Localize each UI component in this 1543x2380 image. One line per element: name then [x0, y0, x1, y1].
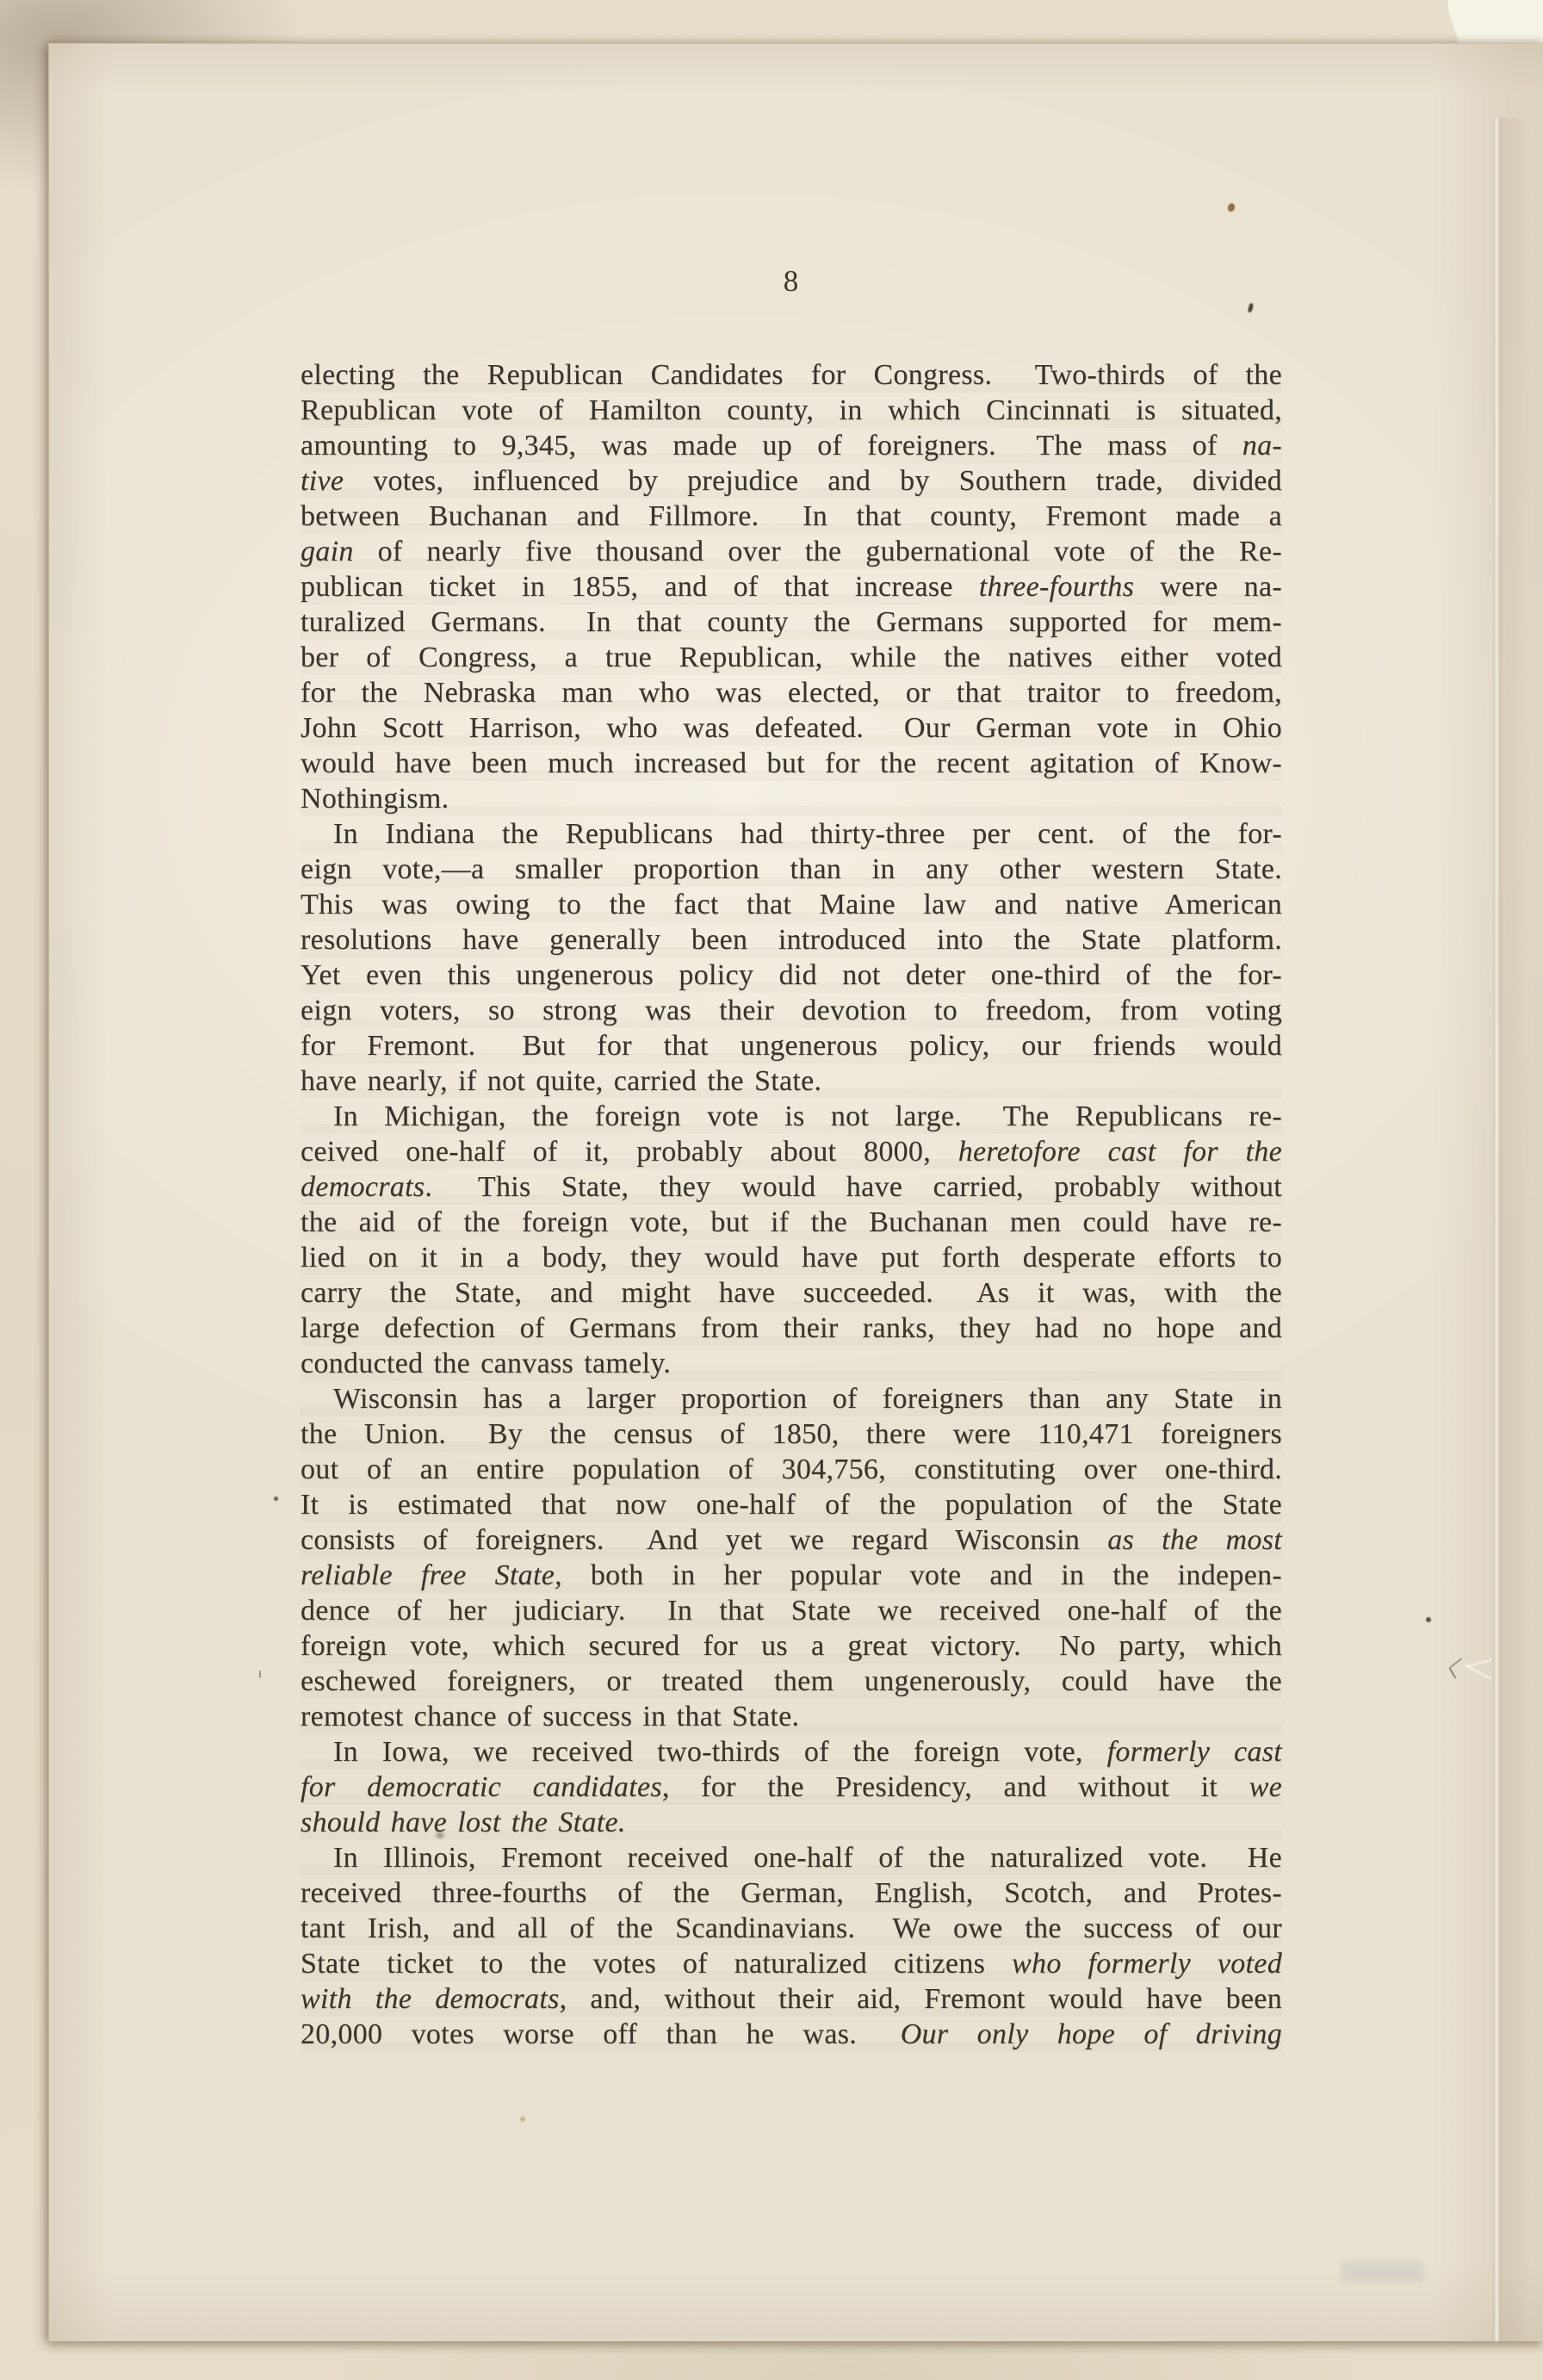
text-line: resolutions have generally been introduc… [301, 922, 1282, 958]
text-segment: for the Nebraska man who was elected, or… [301, 677, 1282, 709]
italic-text-segment: for democratic candidates [301, 1771, 662, 1803]
ink-speck [1426, 1617, 1431, 1622]
text-line: This was owing to the fact that Maine la… [301, 887, 1282, 922]
text-line: foreign vote, which secured for us a gre… [301, 1628, 1282, 1664]
text-segment: between Buchanan and Fillmore. In that c… [301, 500, 1282, 532]
text-segment: received three-fourths of the German, En… [301, 1877, 1282, 1909]
text-segment: eign vote,—a smaller proportion than in … [301, 853, 1282, 885]
fold-crease [1493, 118, 1501, 2341]
text-segment: have nearly, if not quite, carried the S… [301, 1065, 821, 1097]
text-line: tive votes, influenced by prejudice and … [301, 463, 1282, 499]
text-segment: Yet even this ungenerous policy did not … [301, 959, 1282, 991]
text-line: State ticket to the votes of naturalized… [301, 1946, 1282, 1981]
text-line: the Union. By the census of 1850, there … [301, 1416, 1282, 1452]
text-line: reliable free State, both in her popular… [301, 1558, 1282, 1593]
text-segment: Wisconsin has a larger proportion of for… [333, 1383, 1282, 1415]
text-segment: It is estimated that now one-half of the… [301, 1489, 1282, 1521]
text-line: for the Nebraska man who was elected, or… [301, 675, 1282, 710]
text-line: have nearly, if not quite, carried the S… [301, 1063, 1282, 1099]
text-segment: votes, influenced by prejudice and by So… [344, 465, 1282, 497]
text-segment: publican ticket in 1855, and of that inc… [301, 571, 979, 603]
text-segment: lied on it in a body, they would have pu… [301, 1242, 1282, 1274]
ink-speck [520, 2117, 525, 2122]
text-segment: eign voters, so strong was their devotio… [301, 995, 1282, 1026]
text-line: eign voters, so strong was their devotio… [301, 993, 1282, 1028]
text-line: It is estimated that now one-half of the… [301, 1487, 1282, 1522]
text-segment: , and, without their aid, Fremont would … [560, 1983, 1282, 2015]
italic-text-segment: tive [301, 465, 344, 497]
text-segment: 20,000 votes worse off than he was. [301, 2018, 901, 2050]
text-line: ceived one-half of it, probably about 80… [301, 1134, 1282, 1169]
italic-text-segment: who formerly voted [1012, 1948, 1282, 1980]
italic-text-segment: heretofore cast for the [958, 1136, 1282, 1168]
text-line: would have been much increased but for t… [301, 746, 1282, 781]
text-segment: This was owing to the fact that Maine la… [301, 889, 1282, 920]
text-line: consists of foreigners. And yet we regar… [301, 1522, 1282, 1558]
text-line: for Fremont. But for that ungenerous pol… [301, 1028, 1282, 1063]
text-line: received three-fourths of the German, En… [301, 1875, 1282, 1911]
text-segment: would have been much increased but for t… [301, 747, 1282, 779]
text-segment: were na- [1134, 571, 1282, 603]
text-segment: out of an entire population of 304,756, … [301, 1453, 1282, 1485]
text-line: amounting to 9,345, was made up of forei… [301, 428, 1282, 463]
text-segment: the aid of the foreign vote, but if the … [301, 1206, 1282, 1238]
text-line: out of an entire population of 304,756, … [301, 1452, 1282, 1487]
text-segment: large defection of Germans from their ra… [301, 1312, 1282, 1344]
text-segment: , for the Presidency, and without it [662, 1771, 1249, 1803]
text-segment: In Michigan, the foreign vote is not lar… [333, 1100, 1282, 1132]
italic-text-segment: should have lost the State. [301, 1807, 626, 1838]
text-segment: consists of foreigners. And yet we regar… [301, 1524, 1107, 1556]
text-line: Nothingism. [301, 781, 1282, 816]
text-segment: electing the Republican Candidates for C… [301, 359, 1282, 391]
text-line: for democratic candidates, for the Presi… [301, 1770, 1282, 1805]
text-line: John Scott Harrison, who was defeated. O… [301, 710, 1282, 746]
text-segment: conducted the canvass tamely. [301, 1348, 671, 1379]
text-line: the aid of the foreign vote, but if the … [301, 1205, 1282, 1240]
text-segment: for Fremont. But for that ungenerous pol… [301, 1030, 1282, 1062]
italic-text-segment: three-fourths [979, 571, 1134, 603]
text-segment: amounting to 9,345, was made up of forei… [301, 430, 1242, 462]
text-line: Wisconsin has a larger proportion of for… [301, 1381, 1282, 1416]
text-segment: dence of her judiciary. In that State we… [301, 1595, 1282, 1627]
text-line: 20,000 votes worse off than he was. Our … [301, 2017, 1282, 2052]
italic-text-segment: Our only hope of driving [901, 2018, 1282, 2050]
text-line: In Michigan, the foreign vote is not lar… [301, 1099, 1282, 1134]
text-segment: In Indiana the Republicans had thirty-th… [333, 818, 1282, 850]
text-line: turalized Germans. In that county the Ge… [301, 604, 1282, 640]
text-line: Republican vote of Hamilton county, in w… [301, 393, 1282, 428]
text-segment: Republican vote of Hamilton county, in w… [301, 394, 1282, 426]
italic-text-segment: gain [301, 536, 354, 567]
italic-text-segment: na- [1242, 430, 1282, 462]
page: 8 electing the Republican Candidates for… [48, 43, 1543, 2341]
italic-text-segment: as the most [1107, 1524, 1282, 1556]
text-segment: John Scott Harrison, who was defeated. O… [301, 712, 1282, 744]
text-segment: carry the State, and might have succeede… [301, 1277, 1282, 1309]
text-line: In Indiana the Republicans had thirty-th… [301, 816, 1282, 852]
text-segment: remotest chance of success in that State… [301, 1701, 799, 1732]
text-line: conducted the canvass tamely. [301, 1346, 1282, 1381]
text-line: publican ticket in 1855, and of that inc… [301, 569, 1282, 604]
text-line: eign vote,—a smaller proportion than in … [301, 852, 1282, 887]
ink-speck [259, 1670, 261, 1678]
text-line: remotest chance of success in that State… [301, 1699, 1282, 1734]
text-line: Yet even this ungenerous policy did not … [301, 958, 1282, 993]
text-block: electing the Republican Candidates for C… [301, 357, 1282, 2052]
text-line: dence of her judiciary. In that State we… [301, 1593, 1282, 1628]
ink-speck [436, 1832, 444, 1838]
text-line: between Buchanan and Fillmore. In that c… [301, 499, 1282, 534]
italic-text-segment: we [1249, 1771, 1282, 1803]
text-line: gain of nearly five thousand over the gu… [301, 534, 1282, 569]
text-line: In Iowa, we received two-thirds of the f… [301, 1734, 1282, 1770]
text-segment: State ticket to the votes of naturalized… [301, 1948, 1012, 1980]
text-segment: In Illinois, Fremont received one-half o… [333, 1842, 1282, 1874]
scanned-book-page: 8 electing the Republican Candidates for… [0, 0, 1543, 2380]
text-segment: ceived one-half of it, probably about 80… [301, 1136, 958, 1168]
text-segment: foreign vote, which secured for us a gre… [301, 1630, 1282, 1662]
text-line: democrats. This State, they would have c… [301, 1169, 1282, 1205]
italic-text-segment: democrats [301, 1171, 424, 1203]
text-segment: Nothingism. [301, 783, 449, 815]
text-segment: of nearly five thousand over the guberna… [354, 536, 1282, 567]
ink-speck [274, 1497, 278, 1501]
page-right-margin-shading [1501, 118, 1543, 2341]
italic-text-segment: formerly cast [1107, 1736, 1282, 1768]
text-line: eschewed foreigners, or treated them ung… [301, 1664, 1282, 1699]
text-segment: In Iowa, we received two-thirds of the f… [333, 1736, 1107, 1768]
text-segment: resolutions have generally been introduc… [301, 924, 1282, 956]
text-segment: both in her popular vote and in the inde… [562, 1559, 1282, 1591]
italic-text-segment: with the democrats [301, 1983, 560, 2015]
text-line: electing the Republican Candidates for C… [301, 357, 1282, 393]
text-segment: eschewed foreigners, or treated them ung… [301, 1665, 1282, 1697]
watermark-smudge [1342, 2261, 1424, 2282]
text-line: should have lost the State. [301, 1805, 1282, 1840]
text-line: with the democrats, and, without their a… [301, 1981, 1282, 2017]
text-line: In Illinois, Fremont received one-half o… [301, 1840, 1282, 1875]
text-line: ber of Congress, a true Republican, whil… [301, 640, 1282, 675]
text-segment: ber of Congress, a true Republican, whil… [301, 641, 1282, 673]
text-segment: the Union. By the census of 1850, there … [301, 1418, 1282, 1450]
text-segment: turalized Germans. In that county the Ge… [301, 606, 1282, 638]
text-segment: tant Irish, and all of the Scandinavians… [301, 1912, 1282, 1944]
text-line: large defection of Germans from their ra… [301, 1311, 1282, 1346]
text-segment: . This State, they would have carried, p… [424, 1171, 1282, 1203]
paper-fray [1466, 1643, 1491, 1693]
page-number: 8 [301, 264, 1282, 299]
text-line: carry the State, and might have succeede… [301, 1275, 1282, 1311]
italic-text-segment: reliable free State, [301, 1559, 562, 1591]
text-line: tant Irish, and all of the Scandinavians… [301, 1911, 1282, 1946]
text-line: lied on it in a body, they would have pu… [301, 1240, 1282, 1275]
